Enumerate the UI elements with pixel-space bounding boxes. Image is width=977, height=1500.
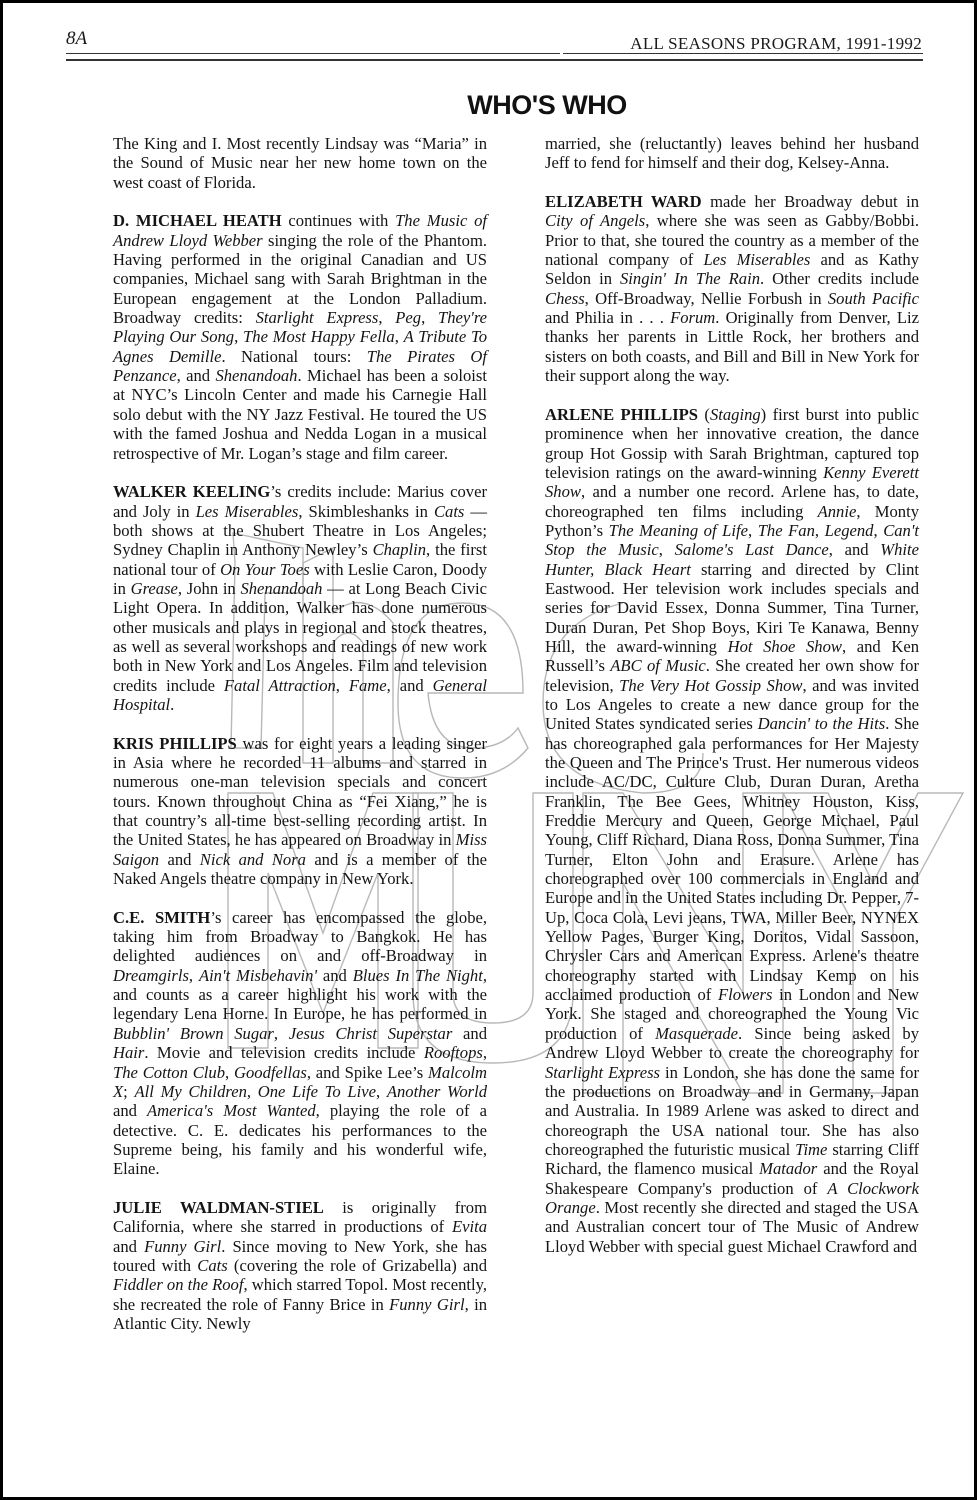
bio-text: and (452, 1024, 487, 1043)
work-title: Cats (197, 1256, 227, 1275)
bio-text: and Philia in . . . (545, 308, 670, 327)
work-title: Peg (395, 308, 421, 327)
bio-julie-waldman-stiel-continued: married, she (reluctantly) leaves behind… (545, 134, 919, 173)
section-title: WHO'S WHO (3, 90, 974, 121)
bio-text: (covering the role of Grizabella) and (228, 1256, 487, 1275)
work-title: Shenandoah (240, 579, 322, 598)
work-title: Starlight Express (545, 1063, 660, 1082)
bio-text: , (748, 521, 758, 540)
work-title: Dancin' to the Hits (758, 714, 886, 733)
bio-text: . Movie and television credits include (144, 1043, 423, 1062)
bio-text: continues with (282, 211, 395, 230)
bio-text: , (234, 327, 243, 346)
bio-text: . National tours: (221, 347, 366, 366)
work-title: Chess (545, 289, 585, 308)
work-title: Starlight Express (256, 308, 379, 327)
bio-text: , Off-Broadway, Nellie Forbush in (585, 289, 828, 308)
bio-text: , John in (178, 579, 241, 598)
bio-julie-waldman-stiel: JULIE WALDMAN-STIEL is originally from C… (113, 1198, 487, 1333)
work-title: The Most Happy Fella (243, 327, 395, 346)
work-title: The Meaning of Life (609, 521, 748, 540)
bio-text: , (395, 327, 404, 346)
work-title: Grease (131, 579, 178, 598)
bio-text: . Most recently she directed and staged … (545, 1198, 919, 1256)
work-title: Goodfellas (234, 1063, 307, 1082)
work-title: The Cotton Club (113, 1063, 225, 1082)
work-title: Singin' In The Rain (620, 269, 760, 288)
bio-text: , (247, 1082, 258, 1101)
work-title: Ain't Misbehavin' (199, 966, 317, 985)
work-title: Blues In The Night (353, 966, 483, 985)
work-title: Hot Shoe Show (728, 637, 842, 656)
column-right: married, she (reluctantly) leaves behind… (545, 134, 919, 1275)
bio-text: . Other credits include (760, 269, 919, 288)
program-page: 8A ALL SEASONS PROGRAM, 1991-1992 WHO'S … (3, 3, 974, 1497)
bio-text: , (274, 1024, 289, 1043)
publication-title: ALL SEASONS PROGRAM, 1991-1992 (630, 34, 922, 54)
bio-text: , (483, 1043, 487, 1062)
bio-text: and (113, 1101, 147, 1120)
work-title: Funny Girl (389, 1295, 464, 1314)
work-title: One Life To Live (258, 1082, 376, 1101)
bio-arlene-phillips: ARLENE PHILLIPS (Staging) first burst in… (545, 405, 919, 1256)
bio-text: , (815, 521, 825, 540)
bio-text: and (317, 966, 353, 985)
bio-name: ELIZABETH WARD (545, 192, 702, 211)
work-title: Chaplin (373, 540, 426, 559)
work-title: Legend (825, 521, 874, 540)
work-title: Staging (710, 405, 761, 424)
work-title: South Pacific (828, 289, 919, 308)
work-title: Forum (670, 308, 715, 327)
bio-text: and (113, 1237, 144, 1256)
header-rule-full (66, 59, 923, 61)
work-title: Shenandoah (215, 366, 297, 385)
bio-ce-smith: C.E. SMITH’s career has encompassed the … (113, 908, 487, 1179)
work-title: On Your Toes (220, 560, 310, 579)
work-title: Annie (818, 502, 857, 521)
work-title: Matador (759, 1159, 817, 1178)
work-title: Les Miserables (196, 502, 299, 521)
bio-name: JULIE WALDMAN-STIEL (113, 1198, 324, 1217)
work-title: The Very Hot Gossip Show (619, 676, 802, 695)
bio-elizabeth-ward: ELIZABETH WARD made her Broadway debut i… (545, 192, 919, 385)
header-rule-left (66, 53, 560, 54)
work-title: The Fan (758, 521, 815, 540)
bio-text: The King and I. Most recently Lindsay wa… (113, 134, 487, 192)
bio-text: , (336, 676, 349, 695)
work-title: Time (795, 1140, 827, 1159)
bio-text: , (225, 1063, 234, 1082)
bio-text: , (378, 308, 395, 327)
bio-walker-keeling: WALKER KEELING’s credits include: Marius… (113, 482, 487, 714)
bio-name: KRIS PHILLIPS (113, 734, 237, 753)
bio-text: ( (698, 405, 710, 424)
bio-text: . She has choreographed gala performance… (545, 714, 919, 1004)
bio-text: , Skimbleshanks in (298, 502, 434, 521)
bio-name: ARLENE PHILLIPS (545, 405, 698, 424)
work-title: Fiddler on the Roof (113, 1275, 243, 1294)
work-title: Another World (387, 1082, 487, 1101)
work-title: Dreamgirls (113, 966, 189, 985)
bio-lindsay-continued: The King and I. Most recently Lindsay wa… (113, 134, 487, 192)
page-number: 8A (66, 28, 87, 50)
bio-text: , (873, 521, 883, 540)
bio-text: , (659, 540, 675, 559)
bio-text: , and (829, 540, 881, 559)
work-title: Fatal Attraction (224, 676, 336, 695)
work-title: City of Angels (545, 211, 645, 230)
work-title: Nick and Nora (200, 850, 306, 869)
work-title: Masquerade (655, 1024, 738, 1043)
bio-text: , (189, 966, 199, 985)
work-title: Hair (113, 1043, 144, 1062)
bio-kris-phillips: KRIS PHILLIPS was for eight years a lead… (113, 734, 487, 889)
work-title: Bubblin' Brown Sugar (113, 1024, 274, 1043)
bio-text: , and (387, 676, 433, 695)
bio-text: , and Spike Lee’s (307, 1063, 428, 1082)
bio-text: , (376, 1082, 387, 1101)
work-title: Cats (434, 502, 464, 521)
bio-name: C.E. SMITH (113, 908, 210, 927)
work-title: Fame (349, 676, 387, 695)
bio-text: , (421, 308, 438, 327)
bio-text: , and (177, 366, 216, 385)
work-title: Flowers (718, 985, 772, 1004)
work-title: America's Most Wanted (147, 1101, 316, 1120)
bio-name: WALKER KEELING (113, 482, 270, 501)
header-rule-right (563, 53, 923, 54)
work-title: ABC of Music (610, 656, 706, 675)
work-title: All My Children (134, 1082, 246, 1101)
work-title: Rooftops (424, 1043, 483, 1062)
work-title: Salome's Last Dance (675, 540, 829, 559)
work-title: Evita (452, 1217, 487, 1236)
work-title: Les Miserables (703, 250, 810, 269)
work-title: Funny Girl (144, 1237, 221, 1256)
bio-d-michael-heath: D. MICHAEL HEATH continues with The Musi… (113, 211, 487, 462)
bio-text: married, she (reluctantly) leaves behind… (545, 134, 919, 172)
bio-name: D. MICHAEL HEATH (113, 211, 282, 230)
bio-text: . (170, 695, 174, 714)
bio-text: ; (123, 1082, 134, 1101)
bio-text: made her Broadway debut in (702, 192, 919, 211)
bio-text: and (159, 850, 200, 869)
work-title: Jesus Christ Superstar (289, 1024, 452, 1043)
column-left: The King and I. Most recently Lindsay wa… (113, 134, 487, 1353)
